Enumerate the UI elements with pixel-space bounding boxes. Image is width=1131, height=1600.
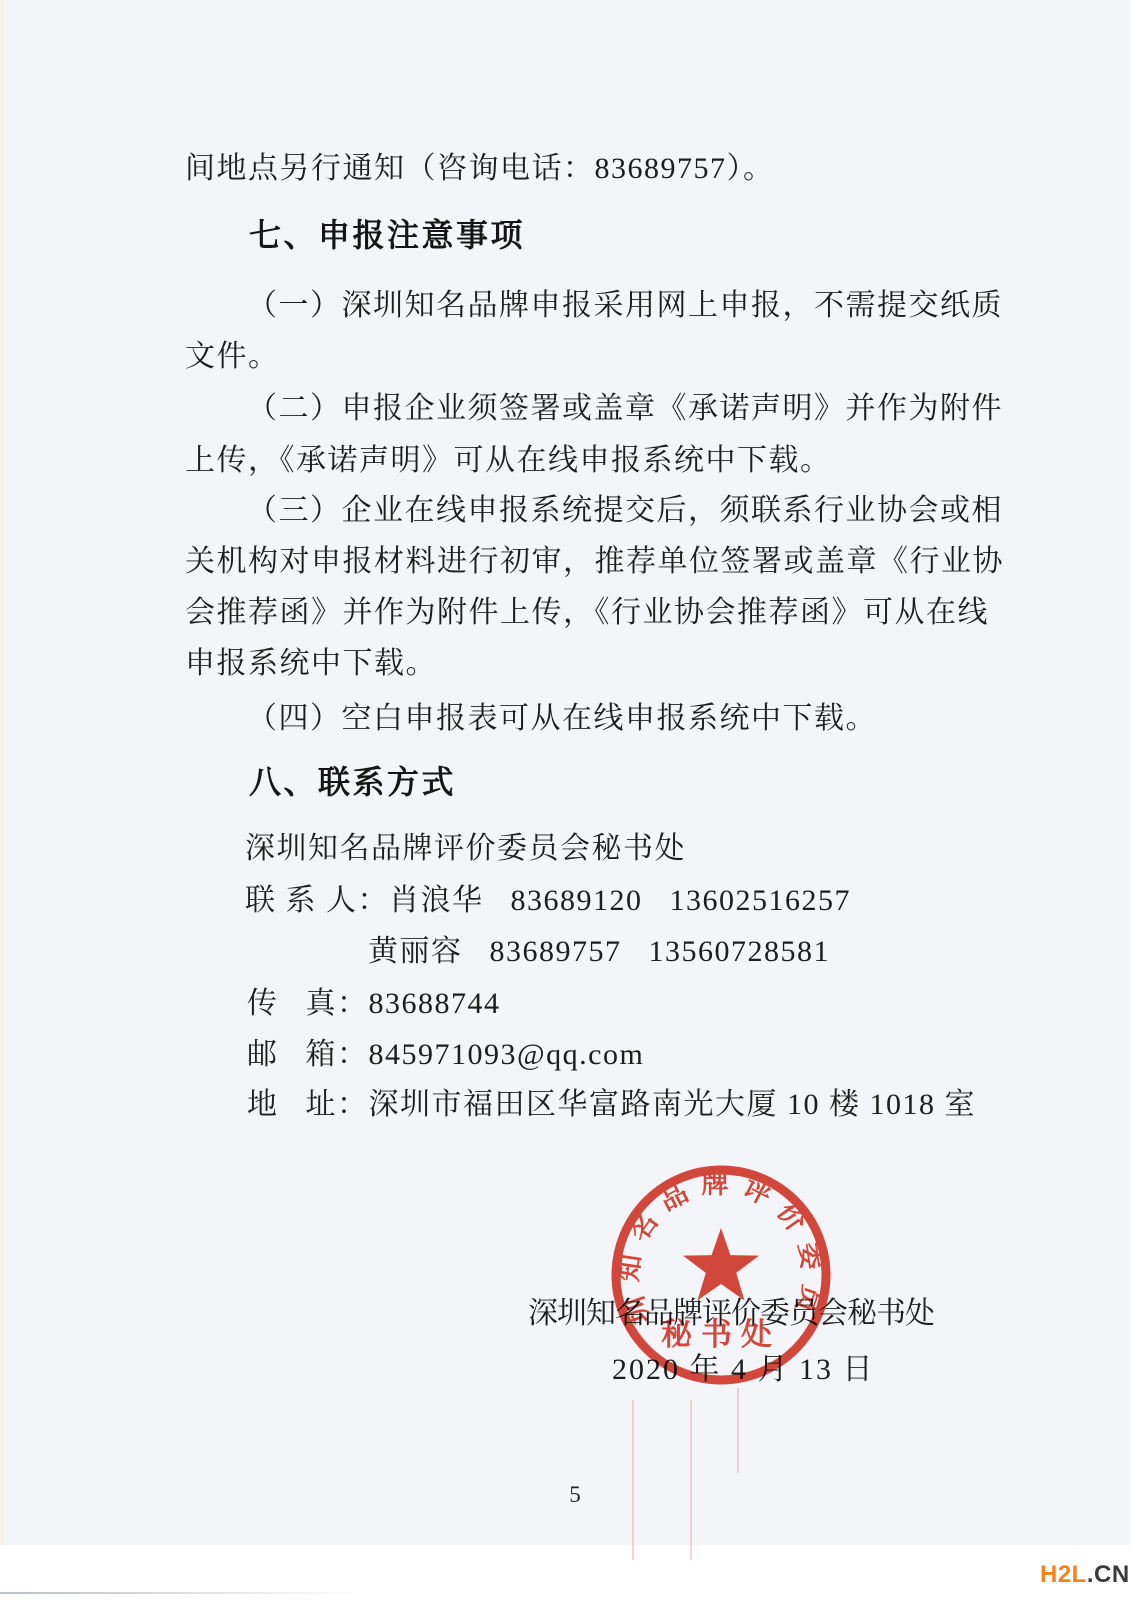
- contact-person-line-2: 黄丽容 83689757 13560728581: [368, 933, 830, 971]
- ink-streak: [690, 1400, 692, 1560]
- paragraph-line: 会推荐函》并作为附件上传，《行业协会推荐函》可从在线: [185, 594, 989, 632]
- contact-org-line: 深圳知名品牌评价委员会秘书处: [245, 830, 686, 868]
- scan-left-edge: [0, 0, 4, 1545]
- contact-person-line-1: 联 系 人：肖浪华 83689120 13602516257: [245, 882, 851, 920]
- paragraph-line: （四）空白申报表可从在线申报系统中下载。: [247, 700, 877, 738]
- scanned-document-page: 间地点另行通知（咨询电话：83689757）。 七、申报注意事项 （一）深圳知名…: [0, 0, 1131, 1600]
- official-seal: 深圳知名品牌评价委员会 秘书处: [606, 1160, 836, 1390]
- paragraph-line: 上传，《承诺声明》可从在线申报系统中下载。: [185, 442, 832, 480]
- scan-bottom-edge: [0, 1592, 360, 1594]
- paragraph-line: 间地点另行通知（咨询电话：83689757）。: [185, 150, 775, 188]
- address-line: 地 址：深圳市福田区华富路南光大厦 10 楼 1018 室: [247, 1086, 976, 1124]
- ink-streak: [737, 1388, 739, 1473]
- seal-inner-text: 秘书处: [661, 1317, 781, 1352]
- paragraph-line: 申报系统中下载。: [185, 645, 437, 683]
- paragraph-line: 文件。: [185, 338, 280, 376]
- paragraph-line: 关机构对申报材料进行初审，推荐单位签署或盖章《行业协: [185, 543, 1004, 581]
- paragraph-line: （三）企业在线申报系统提交后，须联系行业协会或相: [247, 492, 1003, 530]
- site-watermark: H2L.CN: [1040, 1561, 1130, 1589]
- watermark-tld: .CN: [1087, 1561, 1130, 1588]
- paragraph-line: （二）申报企业须签署或盖章《承诺声明》并作为附件: [247, 390, 1003, 428]
- star-icon: [683, 1228, 759, 1300]
- paragraph-line: （一）深圳知名品牌申报采用网上申报，不需提交纸质: [247, 287, 1003, 325]
- ink-streak: [632, 1400, 634, 1560]
- page-number: 5: [558, 1482, 592, 1508]
- fax-line: 传 真：83688744: [247, 985, 501, 1023]
- watermark-brand: H2L: [1040, 1561, 1087, 1588]
- email-line: 邮 箱：845971093@qq.com: [247, 1036, 644, 1074]
- section-heading-8: 八、联系方式: [249, 763, 456, 801]
- section-heading-7: 七、申报注意事项: [249, 216, 525, 254]
